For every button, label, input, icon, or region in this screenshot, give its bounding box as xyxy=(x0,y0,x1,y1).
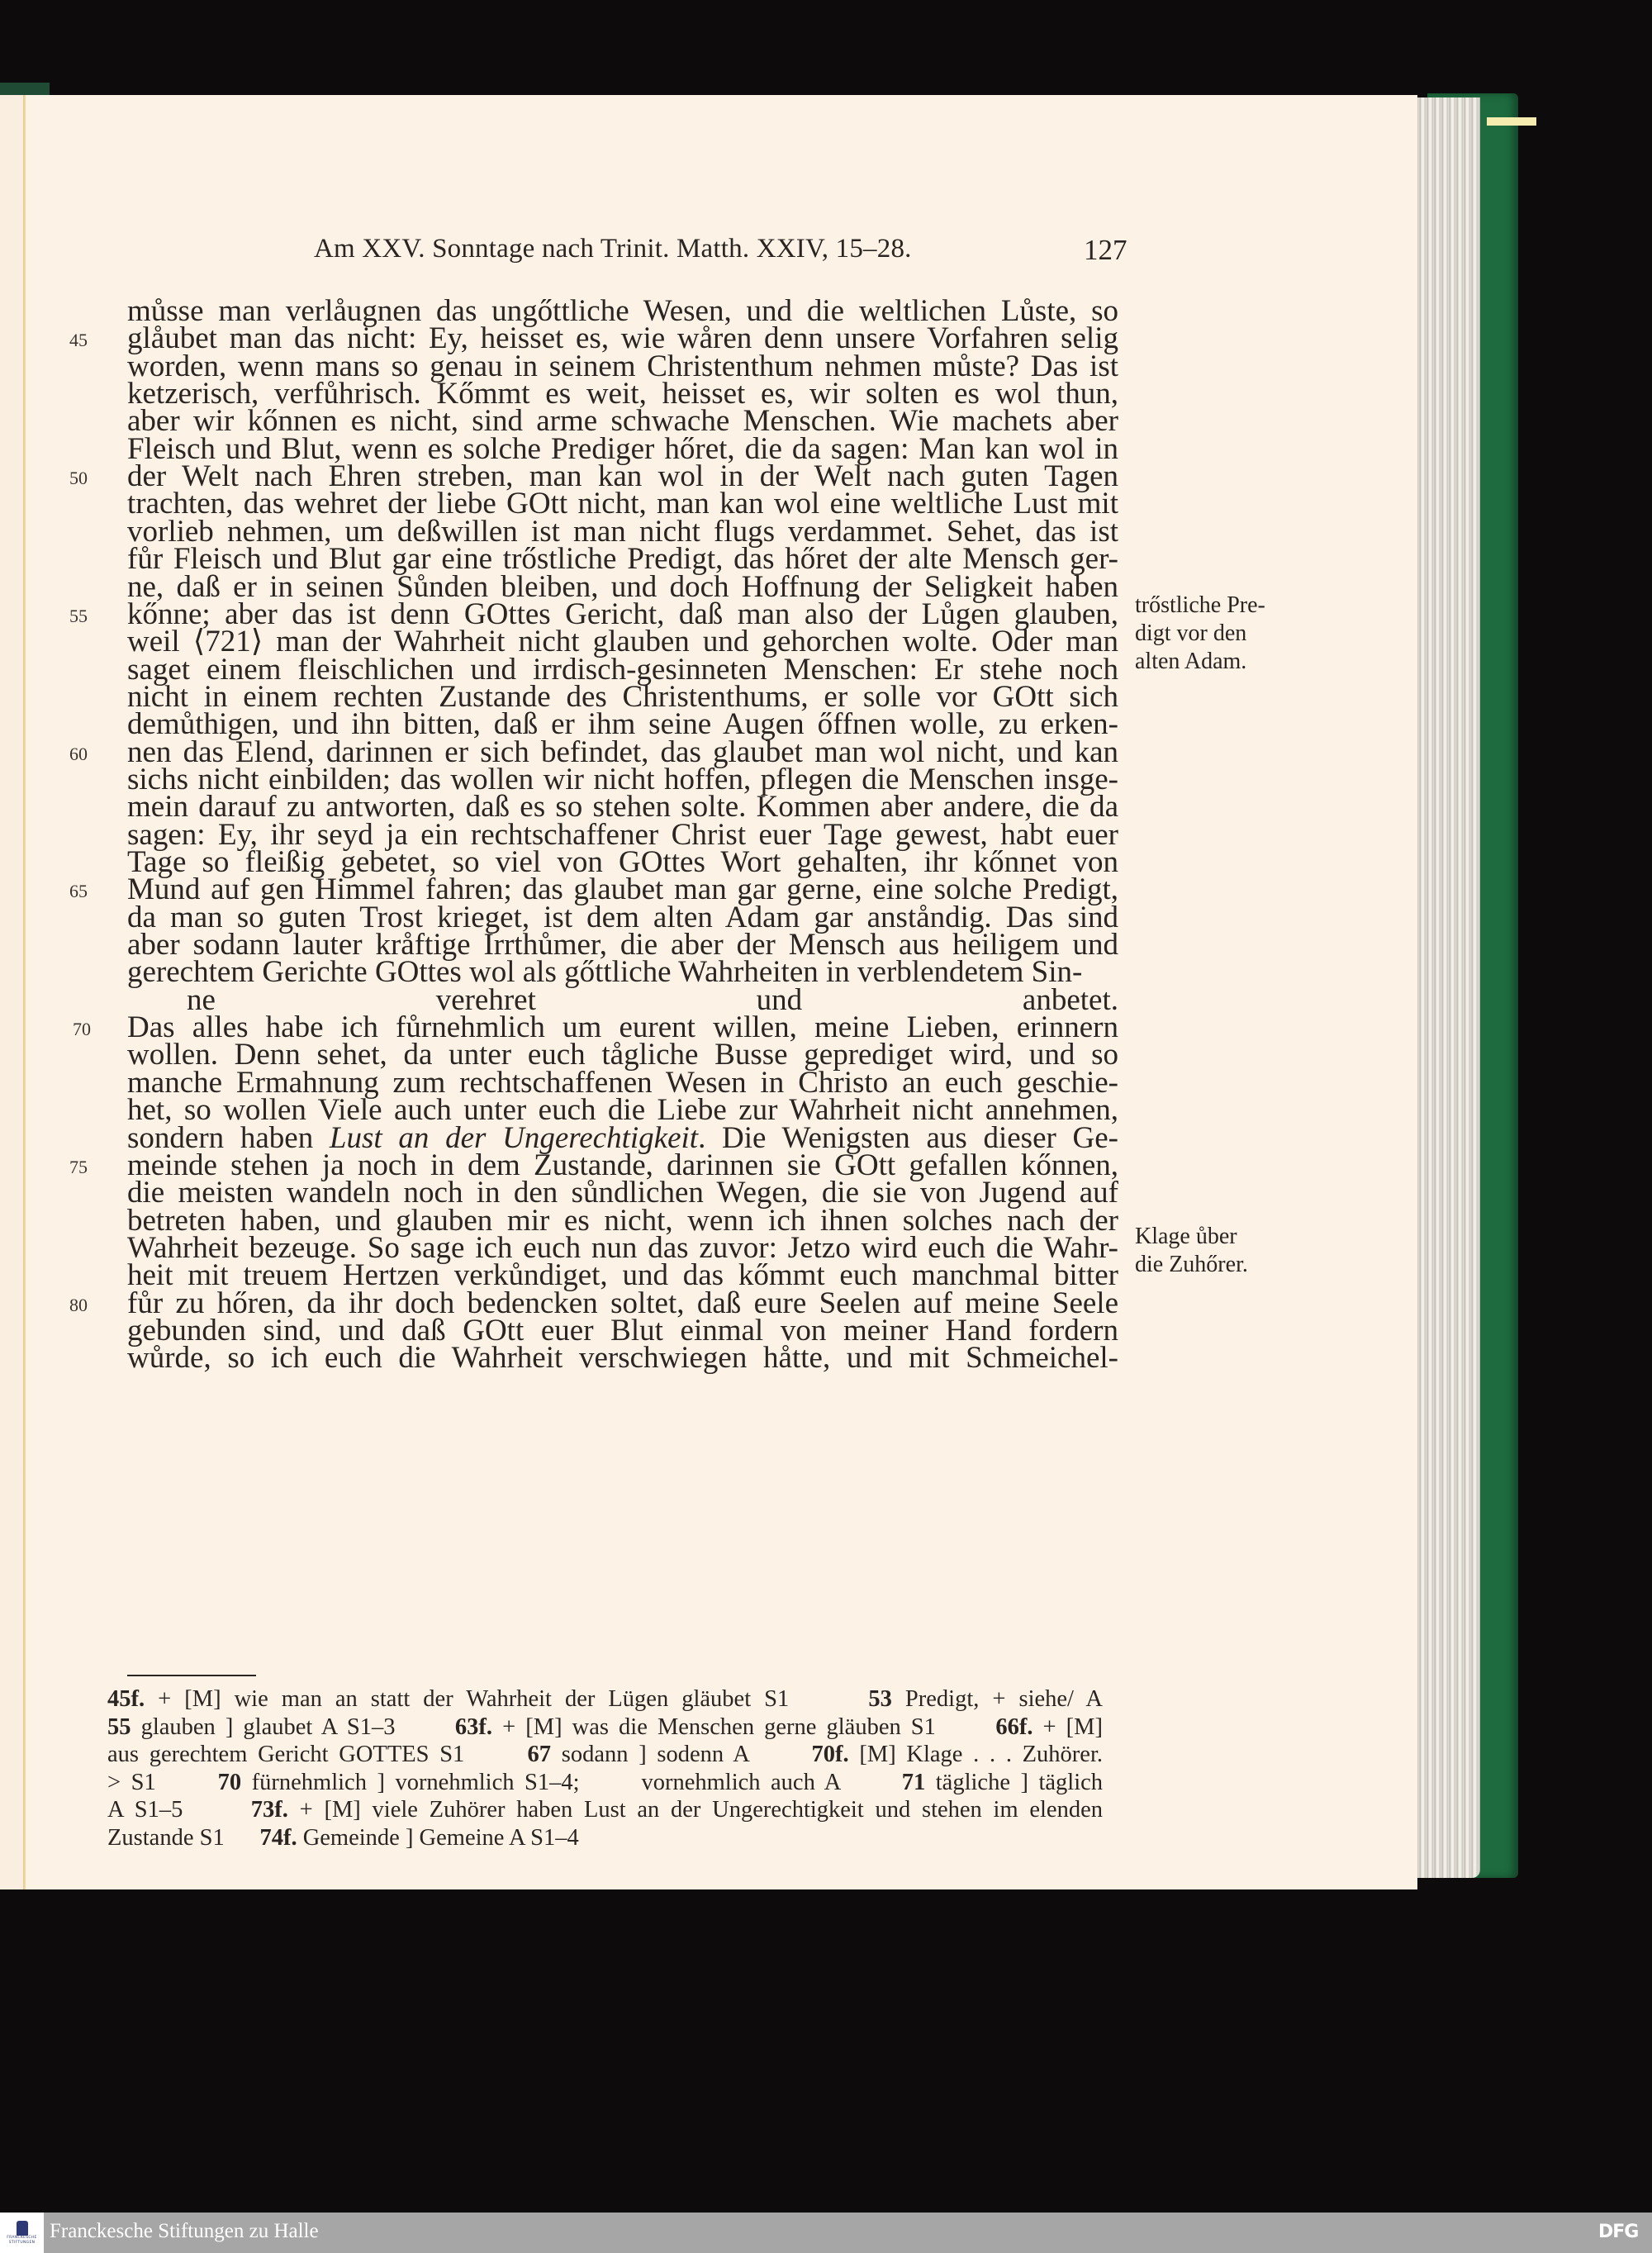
footnote-ref: 70 xyxy=(218,1770,242,1795)
footnote-text: Gemeinde ] Gemeine A S1–4 xyxy=(297,1825,579,1851)
footnote-ref: 45f. xyxy=(107,1686,145,1712)
footnote-line: A S1–5 73f. + [M] viele Zuhörer haben Lu… xyxy=(107,1796,1103,1823)
footnote-text: > S1 xyxy=(107,1770,218,1795)
footnote-line: aus gerechtem Gericht GOTTES S1 67 sodan… xyxy=(107,1741,1103,1768)
margin-note-line: trőstliche Pre- xyxy=(1135,592,1265,619)
page-edges-stack xyxy=(1414,97,1480,1878)
line-number: 80 xyxy=(69,1288,88,1323)
margin-note-line: digt vor den xyxy=(1135,620,1246,647)
gutter xyxy=(23,95,26,1889)
footnote-text: aus gerechtem Gericht GOTTES S1 xyxy=(107,1742,528,1767)
footnote-text: Zustande S1 xyxy=(107,1825,259,1851)
footnote-ref: 53 xyxy=(868,1686,892,1712)
footnote-text: + [M] viele Zuhörer haben Lust an der Un… xyxy=(288,1797,1103,1823)
footnote-text: fürnehmlich ] vornehmlich S1–4; vornehml… xyxy=(241,1770,902,1795)
footnote-ref: 67 xyxy=(528,1742,552,1767)
footnote-ref: 74f. xyxy=(259,1825,297,1851)
facing-page-strip xyxy=(0,95,23,1889)
line-number: 50 xyxy=(69,461,88,496)
text-line: wůrde, so ich euch die Wahrheit verschwi… xyxy=(127,1341,1118,1376)
footnote-text: + [M] was die Menschen gerne gläuben S1 xyxy=(492,1714,995,1740)
footnote-ref: 70f. xyxy=(812,1742,849,1767)
footnote-line: 55 glauben ] glaubet A S1–3 63f. + [M] w… xyxy=(107,1714,1103,1741)
footnote-ref: 71 xyxy=(902,1770,926,1795)
footnote-line: > S1 70 fürnehmlich ] vornehmlich S1–4; … xyxy=(107,1769,1103,1796)
footnote-line: Zustande S1 74f. Gemeinde ] Gemeine A S1… xyxy=(107,1824,1103,1851)
margin-note-line: alten Adam. xyxy=(1135,648,1246,675)
institution-logo[interactable]: FRANCKESCHE STIFTUNGEN xyxy=(0,2213,44,2253)
footnote-ref: 66f. xyxy=(995,1714,1032,1740)
footnote-ref: 63f. xyxy=(455,1714,492,1740)
footnote-text: + [M] wie man an statt der Wahrheit der … xyxy=(145,1686,868,1712)
line-number: 60 xyxy=(69,737,88,772)
footnote-ref: 73f. xyxy=(251,1797,288,1823)
footer-bar: FRANCKESCHE STIFTUNGEN Franckesche Stift… xyxy=(0,2213,1652,2253)
footnote-text: sodann ] sodenn A xyxy=(551,1742,811,1767)
line-number: 75 xyxy=(69,1150,88,1185)
footnote-text: tägliche ] täglich xyxy=(925,1770,1103,1795)
line-number: 55 xyxy=(69,599,88,634)
running-head: Am XXV. Sonntage nach Trinit. Matth. XXI… xyxy=(314,234,912,264)
footnote-text: + [M] xyxy=(1032,1714,1103,1740)
margin-note-line: Klage ůber xyxy=(1135,1223,1237,1250)
line-number: 45 xyxy=(69,323,88,358)
institution-name[interactable]: Franckesche Stiftungen zu Halle xyxy=(50,2220,319,2243)
footnote-text: [M] Klage . . . Zuhörer. xyxy=(849,1742,1103,1767)
footnote-text: Predigt, + siehe/ A xyxy=(892,1686,1103,1712)
footnote-line: 45f. + [M] wie man an statt der Wahrheit… xyxy=(107,1685,1103,1713)
footnote-text: glauben ] glaubet A S1–3 xyxy=(131,1714,455,1740)
footnote-ref: 55 xyxy=(107,1714,131,1740)
logo-text-2: STIFTUNGEN xyxy=(9,2241,36,2246)
footnote-rule xyxy=(127,1675,256,1676)
dfg-logo-icon[interactable]: DFG xyxy=(1598,2222,1638,2242)
franckesche-logo-icon xyxy=(17,2221,28,2236)
page-number: 127 xyxy=(1084,234,1127,267)
footnote-text: A S1–5 xyxy=(107,1797,251,1823)
line-number: 65 xyxy=(69,874,88,909)
margin-note-line: die Zuhőrer. xyxy=(1135,1251,1248,1278)
page-edge-highlight xyxy=(1487,117,1536,126)
line-number: 70 xyxy=(73,1012,91,1047)
